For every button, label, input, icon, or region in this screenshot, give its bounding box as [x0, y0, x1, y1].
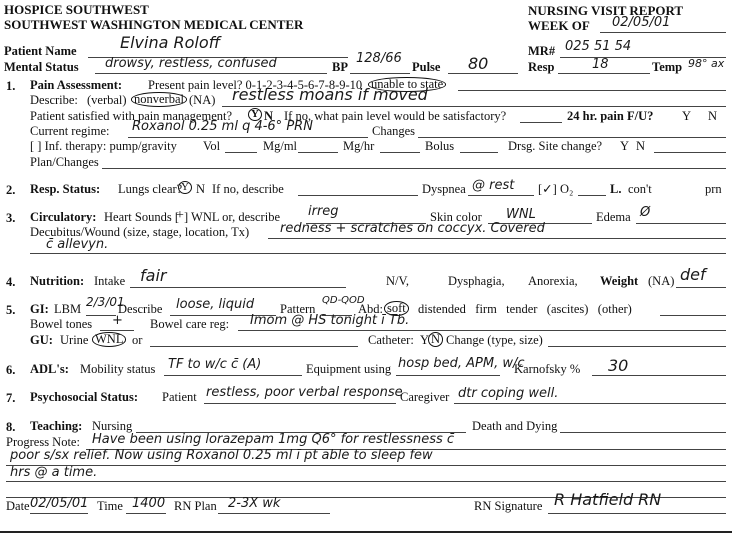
pulse-value[interactable]: 80 — [468, 56, 488, 72]
mental-status-value[interactable]: drowsy, restless, confused — [105, 57, 277, 70]
o2-label: O₂ — [560, 183, 573, 196]
inf-therapy-label: [ ] Inf. therapy: pump/gravity — [30, 140, 177, 153]
patient-name-label: Patient Name — [4, 45, 77, 58]
resp-value[interactable]: 18 — [592, 58, 609, 71]
wound-value-line2[interactable]: c̄ allevyn. — [46, 238, 108, 251]
heart-sounds-mark[interactable]: + — [176, 209, 184, 223]
option-verbal[interactable]: (verbal) — [87, 94, 127, 107]
bowel-care-label: Bowel care reg: — [150, 318, 229, 331]
urine-label: Urine — [60, 334, 88, 347]
describe-label: Describe: — [30, 94, 78, 107]
dysphagia-option[interactable]: Dysphagia, — [448, 275, 505, 288]
psych-patient-value[interactable]: restless, poor verbal response — [206, 386, 403, 399]
skin-color-value[interactable]: WNL — [506, 208, 536, 221]
section-num-7: 7. — [6, 391, 15, 406]
catheter-change-label: Change (type, size) — [446, 334, 543, 347]
week-of-label: WEEK OF — [528, 19, 590, 32]
karnofsky-label: Karnofsky % — [514, 363, 580, 376]
date-value[interactable]: 02/05/01 — [30, 497, 88, 510]
psych-title: Psychosocial Status: — [30, 391, 138, 404]
mghr-label: Mg/hr — [343, 140, 374, 153]
bowel-tones-label: Bowel tones — [30, 318, 92, 331]
pulse-label: Pulse — [412, 61, 440, 74]
resp-label: Resp — [528, 61, 554, 74]
intake-value[interactable]: fair — [140, 268, 166, 284]
rn-signature-value[interactable]: R Hatfield RN — [554, 492, 661, 508]
lungs-n[interactable]: N — [196, 183, 205, 196]
wound-value-line1[interactable]: redness + scratches on coccyx. Covered — [280, 222, 545, 235]
bp-value[interactable]: 128/66 — [356, 52, 402, 65]
section-num-3: 3. — [6, 211, 15, 226]
lungs-y[interactable]: Y — [178, 181, 192, 194]
gi-describe-value[interactable]: loose, liquid — [176, 298, 254, 311]
regime-value[interactable]: Roxanol 0.25 ml q 4-6° PRN — [132, 120, 313, 133]
progress-note-label: Progress Note: — [6, 436, 80, 449]
teaching-title: Teaching: — [30, 420, 82, 433]
dyspnea-label: Dyspnea — [422, 183, 466, 196]
gu-title: GU: — [30, 334, 53, 347]
pain-title: Pain Assessment: — [30, 79, 122, 92]
catheter-label: Catheter: — [368, 334, 414, 347]
bowel-care-value[interactable]: Imom @ HS tonight ī Tb. — [250, 314, 409, 327]
progress-note-line3[interactable]: hrs @ a time. — [10, 466, 97, 479]
ifno-question: If no, what pain level would be satisfac… — [284, 110, 506, 123]
mgml-label: Mg/ml — [263, 140, 297, 153]
o2-checkbox[interactable]: [✓] — [538, 183, 557, 196]
liters-label: L. — [610, 183, 621, 196]
progress-note-line1[interactable]: Have been using lorazepam 1mg Q6° for re… — [92, 433, 454, 446]
drsg-label: Drsg. Site change? — [508, 140, 602, 153]
bolus-label: Bolus — [425, 140, 454, 153]
heart-sounds-label: Heart Sounds [ — [104, 211, 179, 224]
lbm-label: LBM — [54, 303, 81, 316]
psych-patient-label: Patient — [162, 391, 197, 404]
bowel-tones-value[interactable]: + — [112, 314, 123, 327]
teaching-death-label: Death and Dying — [472, 420, 557, 433]
mr-value[interactable]: 025 51 54 — [565, 40, 631, 53]
equipment-value[interactable]: hosp bed, APM, w/c — [398, 357, 525, 370]
ifno-describe-label: If no, describe — [212, 183, 284, 196]
section-num-1: 1. — [6, 79, 15, 94]
nv-option[interactable]: N/V, — [386, 275, 409, 288]
teaching-nursing-label: Nursing — [92, 420, 132, 433]
patient-name-value[interactable]: Elvina Roloff — [120, 35, 220, 51]
week-of-value[interactable]: 02/05/01 — [612, 16, 670, 29]
caregiver-label: Caregiver — [400, 391, 449, 404]
org-name: HOSPICE SOUTHWEST — [4, 3, 149, 16]
changes-label: Changes — [372, 125, 415, 138]
dyspnea-value[interactable]: @ rest — [472, 179, 514, 192]
followup-n[interactable]: N — [708, 110, 717, 123]
urine-wnl[interactable]: WNL — [92, 332, 126, 347]
section-num-2: 2. — [6, 183, 15, 198]
abd-options[interactable]: distended firm tender (ascites) (other) — [418, 303, 632, 316]
weight-na[interactable]: (NA) — [648, 275, 674, 288]
resp-title: Resp. Status: — [30, 183, 100, 196]
mr-label: MR# — [528, 45, 555, 58]
progress-note-line2[interactable]: poor s/sx relief. Now using Roxanol 0.25… — [10, 449, 433, 462]
heart-describe-value[interactable]: irreg — [308, 205, 339, 218]
mobility-label: Mobility status — [80, 363, 155, 376]
mental-status-label: Mental Status — [4, 61, 79, 74]
intake-label: Intake — [94, 275, 125, 288]
anorexia-option[interactable]: Anorexia, — [528, 275, 578, 288]
followup-y[interactable]: Y — [682, 110, 691, 123]
option-na[interactable]: (NA) — [189, 94, 215, 107]
temp-value[interactable]: 98° ax — [688, 58, 724, 69]
continuous-option[interactable]: con't — [628, 183, 652, 196]
lungs-question: Lungs clear? — [118, 183, 182, 196]
section-num-6: 6. — [6, 363, 15, 378]
rn-plan-label: RN Plan — [174, 500, 217, 513]
org-subname: SOUTHWEST WASHINGTON MEDICAL CENTER — [4, 18, 303, 31]
edema-value[interactable]: Ø — [640, 206, 650, 219]
bp-label: BP — [332, 61, 348, 74]
drsg-n[interactable]: N — [636, 140, 645, 153]
edema-label: Edema — [596, 211, 631, 224]
adl-title: ADL's: — [30, 363, 69, 376]
followup-label: 24 hr. pain F/U? — [567, 110, 653, 123]
option-nonverbal[interactable]: nonverbal — [131, 92, 187, 107]
vol-label: Vol — [203, 140, 220, 153]
wnl-describe-label: ] WNL or, describe — [184, 211, 280, 224]
rn-signature-label: RN Signature — [474, 500, 542, 513]
urine-or-label: or — [132, 334, 142, 347]
weight-label: Weight — [600, 275, 638, 288]
caregiver-value[interactable]: dtr coping well. — [458, 387, 558, 400]
regime-label: Current regime: — [30, 125, 110, 138]
section-num-8: 8. — [6, 420, 15, 435]
mobility-value[interactable]: TF to w/c c̄ (A) — [168, 358, 261, 371]
gi-title: GI: — [30, 303, 49, 316]
time-value[interactable]: 1400 — [132, 497, 165, 510]
equipment-label: Equipment using — [306, 363, 391, 376]
temp-label: Temp — [652, 61, 682, 74]
date-label: Date — [6, 500, 30, 513]
rn-plan-value[interactable]: 2-3X wk — [228, 497, 280, 510]
nutrition-title: Nutrition: — [30, 275, 84, 288]
section-num-5: 5. — [6, 303, 15, 318]
pain-describe-value[interactable]: restless moans if moved — [232, 87, 428, 103]
drsg-y[interactable]: Y — [620, 140, 629, 153]
catheter-n[interactable]: N — [428, 332, 443, 347]
circ-title: Circulatory: — [30, 211, 96, 224]
prn-option[interactable]: prn — [705, 183, 722, 196]
karnofsky-value[interactable]: 30 — [608, 358, 628, 374]
section-num-4: 4. — [6, 275, 15, 290]
plan-changes-label: Plan/Changes — [30, 156, 99, 169]
gi-describe-label: Describe — [118, 303, 162, 316]
time-label: Time — [97, 500, 123, 513]
weight-value[interactable]: def — [680, 267, 706, 283]
